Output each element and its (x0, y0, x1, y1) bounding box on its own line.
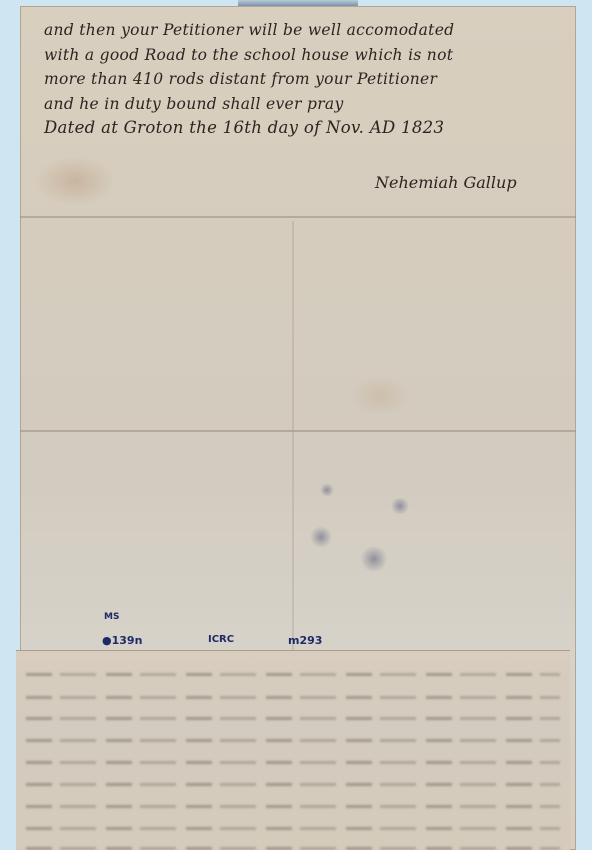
text-line: with a good Road to the school house whi… (44, 43, 564, 68)
fold-line-middle (20, 430, 576, 432)
ink-blot (320, 483, 334, 497)
ink-blot (360, 546, 388, 572)
fold-line-vertical (292, 221, 294, 661)
bleed-through-text (26, 805, 560, 808)
bleed-through-text (26, 827, 560, 830)
bleed-through-panel (16, 651, 570, 850)
archival-code: ICRC (208, 634, 234, 645)
signature: Nehemiah Gallup (375, 173, 517, 192)
item-number: m293 (288, 634, 322, 647)
ink-blot (390, 498, 410, 514)
petition-text: and then your Petitioner will be well ac… (44, 18, 564, 141)
bleed-through-text (26, 739, 560, 742)
ms-label: MS (104, 612, 119, 622)
fold-line-top (20, 216, 576, 218)
bleed-through-text (26, 673, 560, 676)
ink-blot (310, 526, 332, 548)
bleed-through-text (26, 783, 560, 786)
document-sheet: and then your Petitioner will be well ac… (20, 6, 576, 850)
collection-number: ●139n (102, 634, 142, 647)
text-line: more than 410 rods distant from your Pet… (44, 67, 564, 92)
bleed-through-text (26, 696, 560, 699)
text-line: and then your Petitioner will be well ac… (44, 18, 564, 43)
date-line: Dated at Groton the 16th day of Nov. AD … (44, 116, 564, 141)
bleed-through-text (26, 761, 560, 764)
text-line: and he in duty bound shall ever pray (44, 92, 564, 117)
bleed-through-text (26, 717, 560, 720)
